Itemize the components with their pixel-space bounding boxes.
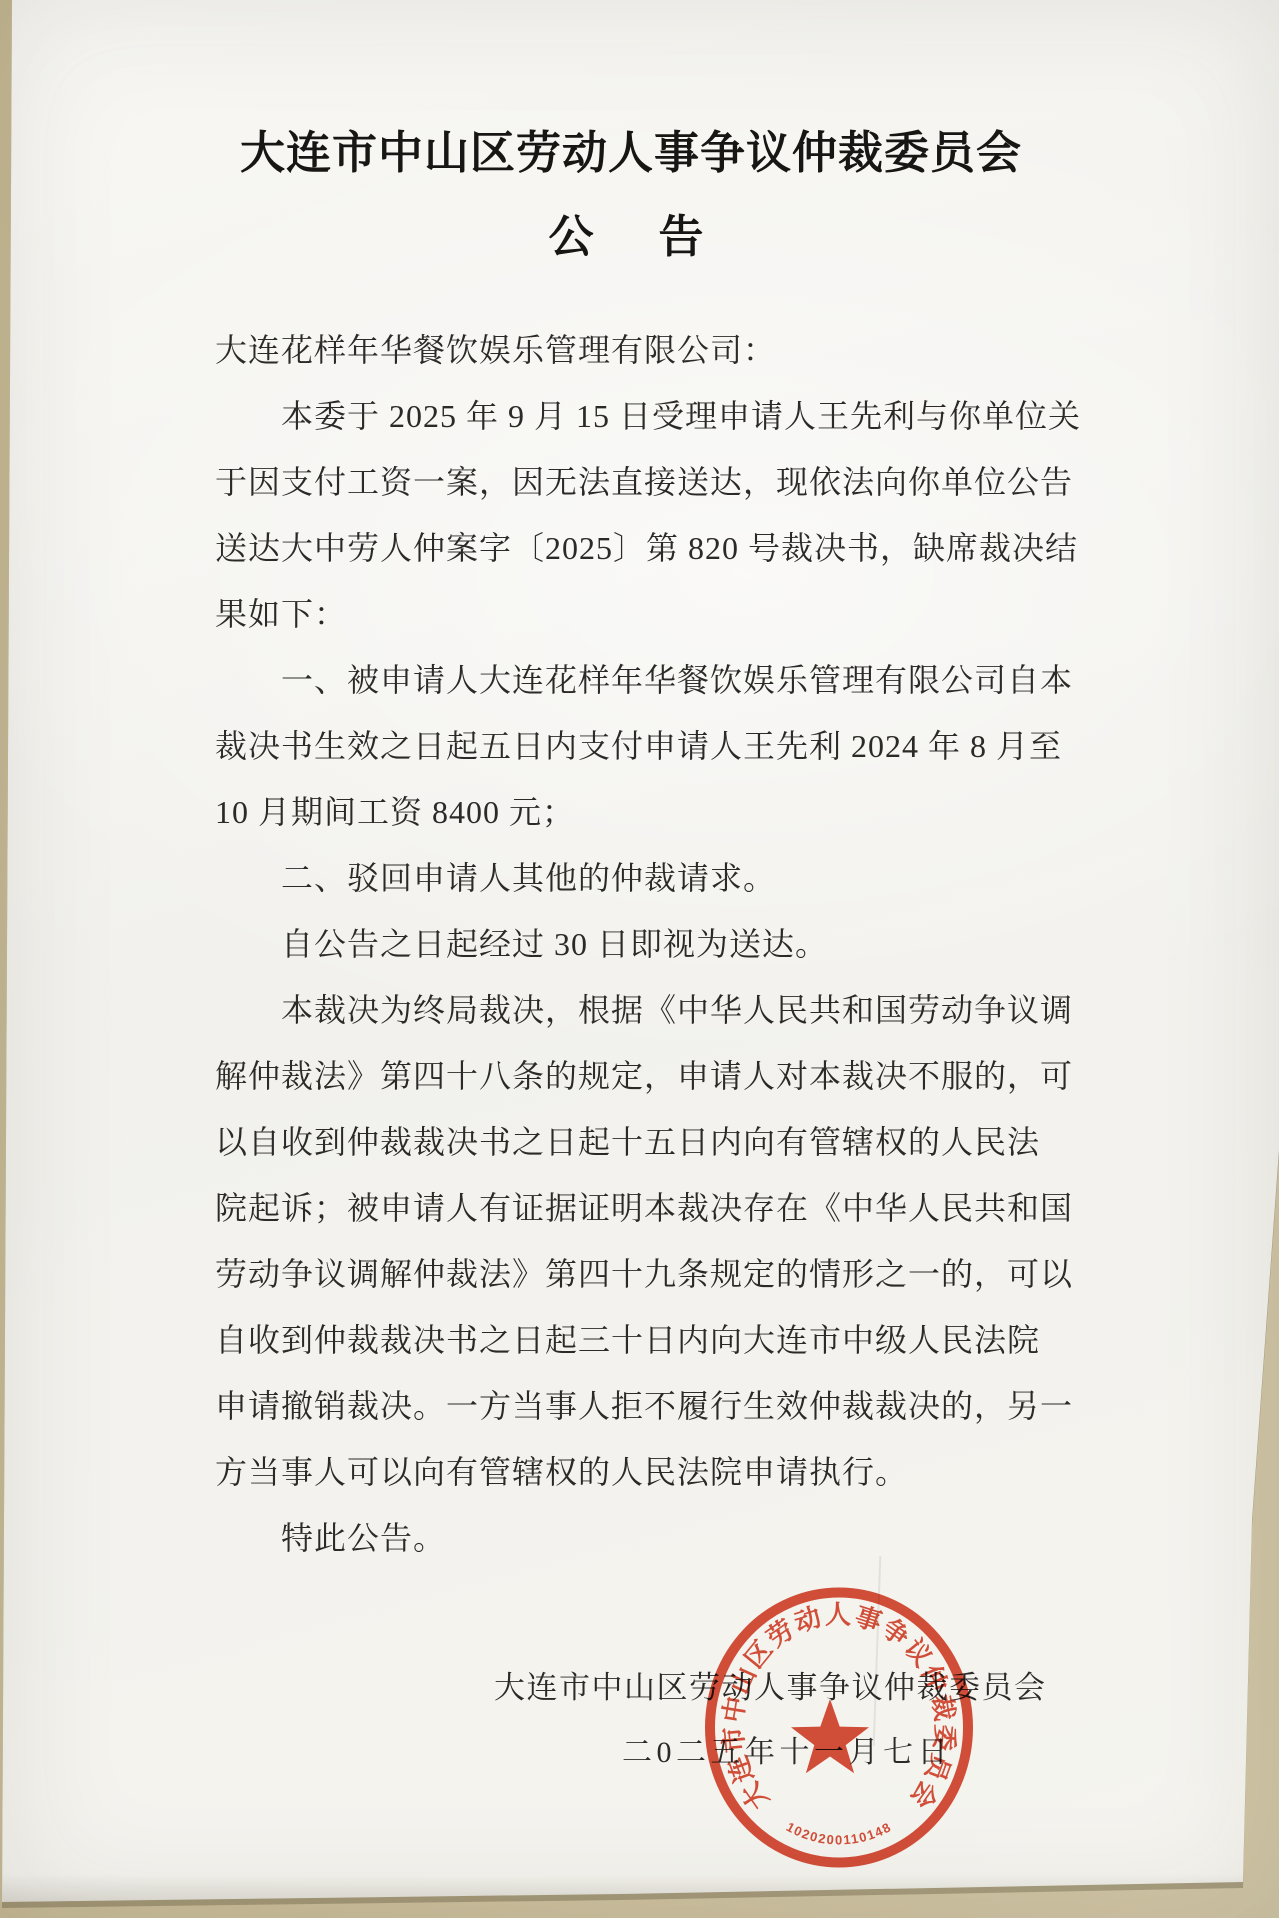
body-line: 自收到仲裁裁决书之日起三十日内向大连市中级人民法院 [215, 1307, 1115, 1373]
body-line: 院起诉；被申请人有证据证明本裁决存在《中华人民共和国 [215, 1175, 1115, 1241]
seal-star-icon [791, 1699, 869, 1773]
page-title: 大连市中山区劳动人事争议仲裁委员会 [12, 116, 1250, 181]
body-line: 解仲裁法》第四十八条的规定，申请人对本裁决不服的，可 [215, 1043, 1115, 1109]
body-line: 以自收到仲裁裁决书之日起十五日内向有管辖权的人民法 [215, 1109, 1115, 1175]
document-page: 大连市中山区劳动人事争议仲裁委员会 公 告 大连花样年华餐饮娱乐管理有限公司： … [0, 0, 1279, 1918]
announcement-heading: 公 告 [12, 200, 1250, 265]
body-line: 裁决书生效之日起五日内支付申请人王先利 2024 年 8 月至 [215, 713, 1115, 779]
body-line: 果如下： [215, 581, 1115, 647]
body-line: 本委于 2025 年 9 月 15 日受理申请人王先利与你单位关 [215, 383, 1115, 449]
body-line: 特此公告。 [215, 1505, 1115, 1571]
body-line: 方当事人可以向有管辖权的人民法院申请执行。 [215, 1439, 1115, 1505]
scanned-document-photo: 大连市中山区劳动人事争议仲裁委员会 公 告 大连花样年华餐饮娱乐管理有限公司： … [0, 0, 1279, 1918]
body-line: 一、被申请人大连花样年华餐饮娱乐管理有限公司自本 [215, 647, 1115, 713]
body-line: 本裁决为终局裁决，根据《中华人民共和国劳动争议调 [215, 977, 1115, 1043]
body-line: 于因支付工资一案，因无法直接送达，现依法向你单位公告 [215, 449, 1115, 515]
body-line: 大连花样年华餐饮娱乐管理有限公司： [215, 317, 1115, 383]
body-line: 二、驳回申请人其他的仲裁请求。 [215, 845, 1115, 911]
body-line: 申请撤销裁决。一方当事人拒不履行生效仲裁裁决的，另一 [215, 1373, 1115, 1439]
document-body: 大连花样年华餐饮娱乐管理有限公司： 本委于 2025 年 9 月 15 日受理申… [215, 317, 1115, 1571]
body-line: 劳动争议调解仲裁法》第四十九条规定的情形之一的，可以 [215, 1241, 1115, 1307]
body-line: 10 月期间工资 8400 元； [215, 779, 1115, 845]
official-seal: 大连市中山区劳动人事争议仲裁委员会 210202001101482 [705, 1587, 973, 1868]
seal-arc-text: 大连市中山区劳动人事争议仲裁委员会 [718, 1601, 959, 1815]
body-line: 自公告之日起经过 30 日即视为送达。 [215, 911, 1115, 977]
body-line: 送达大中劳人仲案字〔2025〕第 820 号裁决书，缺席裁决结 [215, 515, 1115, 581]
